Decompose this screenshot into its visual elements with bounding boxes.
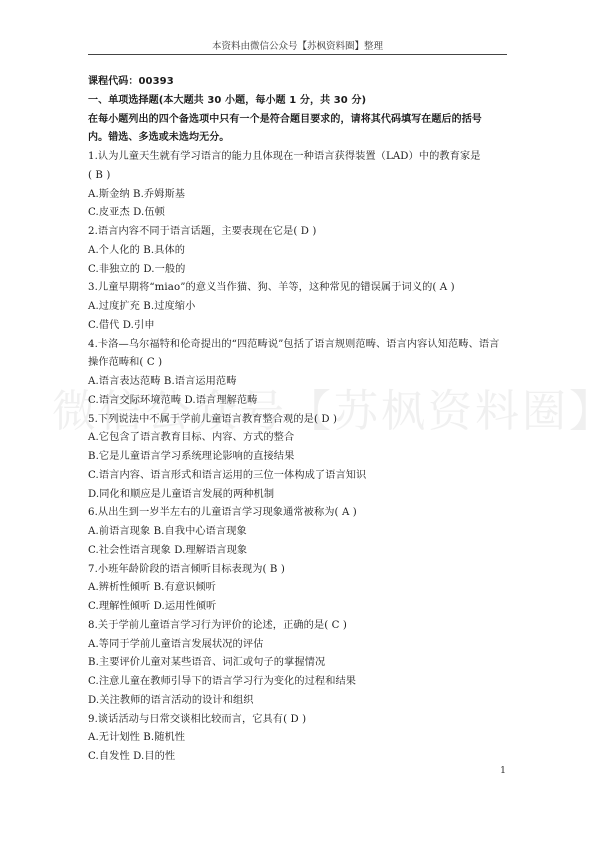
question-4-stem-cont: 操作范畴和( C ) xyxy=(88,354,518,373)
section-title: 一、单项选择题(本大题共 30 小题，每小题 1 分，共 30 分) xyxy=(88,92,518,111)
question-4-stem: 4.卡洛—乌尔福特和伦奇提出的“四范畴说”包括了语言规则范畴、语言内容认知范畴、… xyxy=(88,336,518,355)
question-8-option-c: C.注意儿童在教师引导下的语言学习行为变化的过程和结果 xyxy=(88,673,518,692)
header-rule xyxy=(88,54,507,55)
question-3-options-cd: C.借代 D.引申 xyxy=(88,317,518,336)
question-1-stem: 1.认为儿童天生就有学习语言的能力且体现在一种语言获得装置（LAD）中的教育家是 xyxy=(88,148,518,167)
question-5-option-b: B.它是儿童语言学习系统理论影响的直接结果 xyxy=(88,448,518,467)
question-7-options-cd: C.理解性倾听 D.运用性倾听 xyxy=(88,598,518,617)
question-1-options-cd: C.皮亚杰 D.伍顿 xyxy=(88,204,518,223)
page-header-text: 本资料由微信公众号【苏枫资料圈】整理 xyxy=(0,38,595,52)
question-9-options-ab: A.无计划性 B.随机性 xyxy=(88,729,518,748)
question-7-stem: 7.小班年龄阶段的语言倾听目标表现为( B ) xyxy=(88,561,518,580)
question-2-options-ab: A.个人化的 B.具体的 xyxy=(88,242,518,261)
instructions-line-1: 在每小题列出的四个备选项中只有一个是符合题目要求的，请将其代码填写在题后的括号 xyxy=(88,111,518,130)
question-5-option-a: A.它包含了语言教育目标、内容、方式的整合 xyxy=(88,429,518,448)
question-5-stem: 5.下列说法中不属于学前儿童语言教育整合观的是( D ) xyxy=(88,411,518,430)
question-8-option-a: A.等同于学前儿童语言发展状况的评估 xyxy=(88,636,518,655)
question-6-stem: 6.从出生到一岁半左右的儿童语言学习现象通常被称为( A ) xyxy=(88,504,518,523)
question-1-options-ab: A.斯金纳 B.乔姆斯基 xyxy=(88,186,518,205)
question-9-options-cd: C.自发性 D.目的性 xyxy=(88,748,518,767)
question-3-options-ab: A.过度扩充 B.过度缩小 xyxy=(88,298,518,317)
question-2-options-cd: C.非独立的 D.一般的 xyxy=(88,261,518,280)
question-8-option-b: B.主要评价儿童对某些语音、词汇或句子的掌握情况 xyxy=(88,654,518,673)
question-8-stem: 8.关于学前儿童语言学习行为评价的论述，正确的是( C ) xyxy=(88,617,518,636)
page-number: 1 xyxy=(500,765,506,776)
question-7-options-ab: A.辨析性倾听 B.有意识倾听 xyxy=(88,579,518,598)
course-code: 课程代码：00393 xyxy=(88,73,518,92)
question-6-options-cd: C.社会性语言现象 D.理解语言现象 xyxy=(88,542,518,561)
question-1-answer: ( B ) xyxy=(88,167,518,186)
document-body: 课程代码：00393 一、单项选择题(本大题共 30 小题，每小题 1 分，共 … xyxy=(88,73,518,767)
question-3-stem: 3.儿童早期将“miao”的意义当作猫、狗、羊等，这种常见的错误属于词义的( A… xyxy=(88,279,518,298)
question-9-stem: 9.谈话活动与日常交谈相比较而言，它具有( D ) xyxy=(88,711,518,730)
question-6-options-ab: A.前语言现象 B.自我中心语言现象 xyxy=(88,523,518,542)
question-2-stem: 2.语言内容不同于语言话题，主要表现在它是( D ) xyxy=(88,223,518,242)
instructions-line-2: 内。错选、多选或未选均无分。 xyxy=(88,129,518,148)
question-5-option-c: C.语言内容、语言形式和语言运用的三位一体构成了语言知识 xyxy=(88,467,518,486)
question-8-option-d: D.关注教师的语言活动的设计和组织 xyxy=(88,692,518,711)
question-5-option-d: D.同化和顺应是儿童语言发展的两种机制 xyxy=(88,486,518,505)
question-4-options-cd: C.语言交际环境范畴 D.语言理解范畴 xyxy=(88,392,518,411)
question-4-options-ab: A.语言表达范畴 B.语言运用范畴 xyxy=(88,373,518,392)
